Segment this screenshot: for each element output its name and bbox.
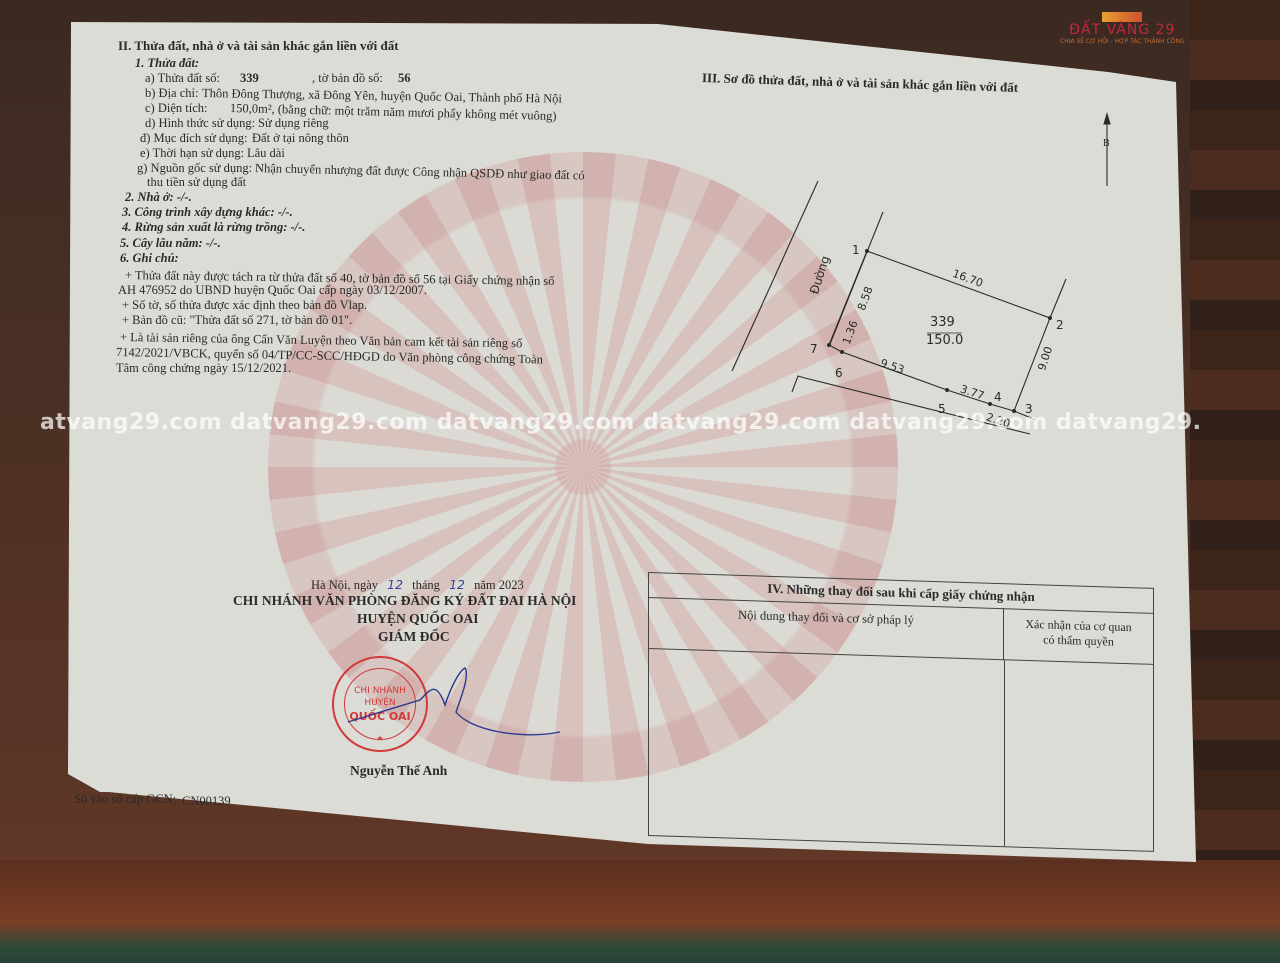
- table-divider: [1004, 660, 1005, 846]
- changes-col-confirmation: Xác nhận của cơ quan có thẩm quyền: [1004, 608, 1153, 665]
- registry-label: Số vào sổ cấp GCN:: [74, 792, 176, 807]
- changes-table: IV. Những thay đổi sau khi cấp giấy chứn…: [648, 572, 1154, 852]
- changes-col-content: Nội dung thay đổi và cơ sở pháp lý: [649, 597, 1004, 660]
- registry-number: CN00139: [182, 794, 231, 809]
- signer-name: Nguyễn Thế Anh: [350, 763, 447, 779]
